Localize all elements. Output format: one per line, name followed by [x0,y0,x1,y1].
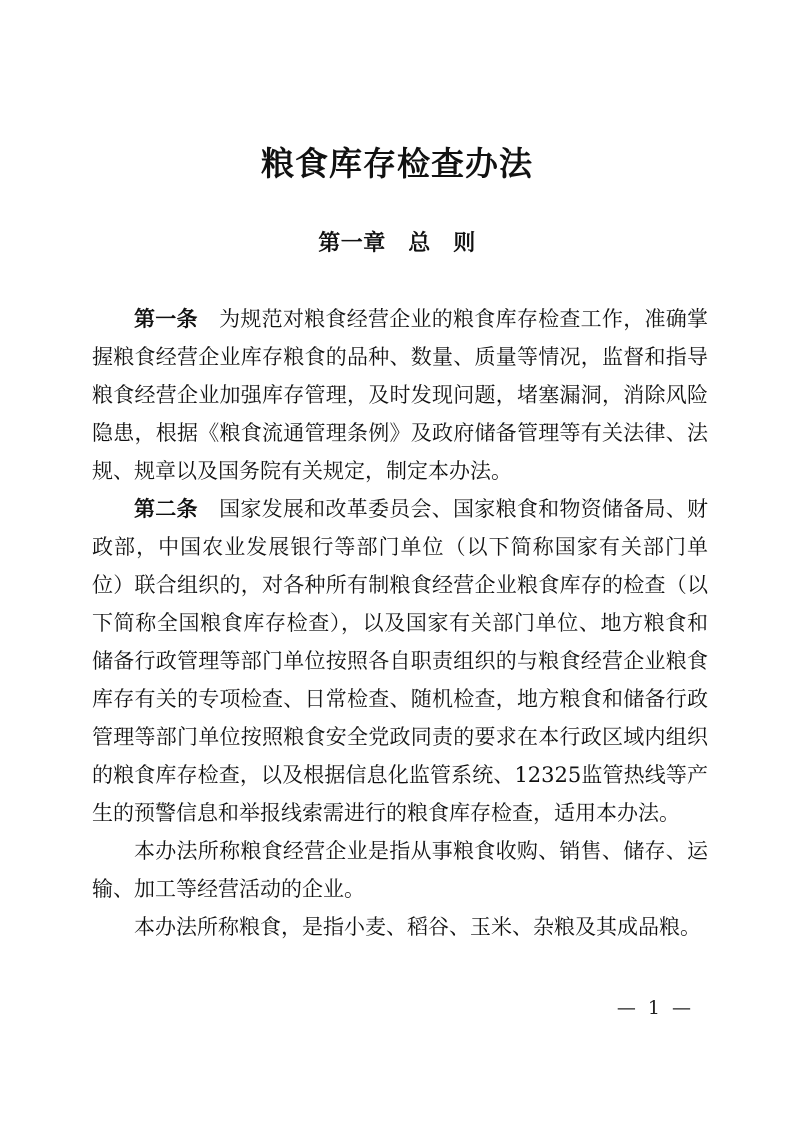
paragraph-text: 本办法所称粮食，是指小麦、稻谷、玉米、杂粮及其成品粮。 [134,915,701,939]
paragraph: 本办法所称粮食经营企业是指从事粮食收购、销售、储存、运输、加工等经营活动的企业。 [92,832,708,908]
paragraph-text: 本办法所称粮食经营企业是指从事粮食收购、销售、储存、运输、加工等经营活动的企业。 [92,839,708,901]
document-page: 粮食库存检查办法 第一章 总 则 第一条 为规范对粮食经营企业的粮食库存检查工作… [0,0,794,1123]
document-body: 第一条 为规范对粮食经营企业的粮食库存检查工作，准确掌握粮食经营企业库存粮食的品… [92,300,708,946]
paragraph: 第二条 国家发展和改革委员会、国家粮食和物资储备局、财政部，中国农业发展银行等部… [92,490,708,832]
page-number: — 1 — [617,997,694,1019]
chapter-heading: 第一章 总 则 [0,226,794,257]
article-label: 第一条 [134,307,198,331]
paragraph: 第一条 为规范对粮食经营企业的粮食库存检查工作，准确掌握粮食经营企业库存粮食的品… [92,300,708,490]
document-title: 粮食库存检查办法 [0,138,794,185]
article-label: 第二条 [134,497,198,521]
paragraph-text: 为规范对粮食经营企业的粮食库存检查工作，准确掌握粮食经营企业库存粮食的品种、数量… [92,307,708,483]
paragraph: 本办法所称粮食，是指小麦、稻谷、玉米、杂粮及其成品粮。 [92,908,708,946]
paragraph-text: 国家发展和改革委员会、国家粮食和物资储备局、财政部，中国农业发展银行等部门单位（… [92,497,708,825]
